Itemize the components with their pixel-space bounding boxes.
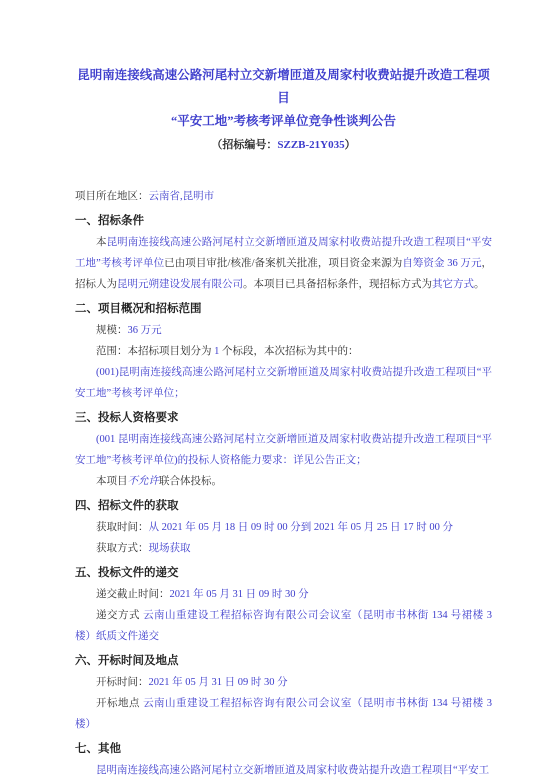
deadline-label: 递交截止时间：: [96, 589, 170, 600]
scale-value: 36 万元: [128, 325, 162, 336]
section-1-heading: 一、招标条件: [75, 210, 492, 232]
deadline-value: 2021 年 05 月 31 日 09 时 30 分: [170, 589, 309, 600]
s1-text: 。本项目已具备招标条件，现招标方式为: [243, 279, 432, 290]
opening-time-value: 2021 年 05 月 31 日 09 时 30 分: [149, 677, 288, 688]
project-location-line: 项目所在地区：云南省,昆明市: [75, 186, 492, 207]
section-4-heading: 四、招标文件的获取: [75, 495, 492, 517]
project-scale-line: 规模：36 万元: [75, 320, 492, 341]
tender-reference-number: （招标编号：SZZB-21Y035）: [75, 135, 492, 156]
opening-time-label: 开标时间：: [96, 677, 149, 688]
submission-method-label: 递交方式: [96, 610, 143, 621]
s1-tender-method: 其它方式: [432, 279, 474, 290]
section-2-heading: 二、项目概况和招标范围: [75, 298, 492, 320]
scope-text: 个标段，本次招标为其中的：: [219, 346, 358, 357]
submission-deadline-line: 递交截止时间：2021 年 05 月 31 日 09 时 30 分: [75, 584, 492, 605]
tender-announcement-document: 昆明南连接线高速公路河尾村立交新增匝道及周家村收费站提升改造工程项目 “平安工地…: [0, 0, 554, 783]
document-obtain-time-line: 获取时间：从 2021 年 05 月 18 日 09 时 00 分到 2021 …: [75, 517, 492, 538]
ref-close-paren: ）: [345, 139, 356, 151]
obtain-method-label: 获取方式：: [96, 543, 149, 554]
location-label: 项目所在地区：: [75, 191, 149, 202]
jv-not-allowed: 不允许: [128, 476, 160, 487]
s1-text: 。: [474, 279, 485, 290]
section-7-paragraph: 昆明南连接线高速公路河尾村立交新增匝道及周家村收费站提升改造工程项目“平安工: [75, 760, 492, 781]
document-obtain-method-line: 获取方式：现场获取: [75, 538, 492, 559]
bidder-qualification-paragraph: (001 昆明南连接线高速公路河尾村立交新增匝道及周家村收费站提升改造工程项目“…: [75, 429, 492, 471]
bid-opening-place-line: 开标地点 云南山重建设工程招标咨询有限公司会议室（昆明市书林街 134 号裙楼 …: [75, 693, 492, 735]
lot-001-description: (001)昆明南连接线高速公路河尾村立交新增匝道及周家村收费站提升改造工程项目“…: [75, 362, 492, 404]
s1-text: 已由项目审批/核准/备案机关批准，项目资金来源为: [164, 258, 402, 269]
obtain-time-value: 从 2021 年 05 月 18 日 09 时 00 分到 2021 年 05 …: [149, 522, 454, 533]
section-5-heading: 五、投标文件的递交: [75, 562, 492, 584]
section-7-heading: 七、其他: [75, 738, 492, 760]
location-value: 云南省,昆明市: [149, 191, 215, 202]
document-title-line-2: “平安工地”考核考评单位竞争性谈判公告: [75, 110, 492, 133]
obtain-time-label: 获取时间：: [96, 522, 149, 533]
scale-label: 规模：: [96, 325, 128, 336]
section-3-heading: 三、投标人资格要求: [75, 407, 492, 429]
ref-code: SZZB-21Y035: [277, 139, 344, 151]
jv-text: 联合体投标。: [159, 476, 222, 487]
section-1-paragraph: 本昆明南连接线高速公路河尾村立交新增匝道及周家村收费站提升改造工程项目“平安工地…: [75, 232, 492, 295]
bid-opening-time-line: 开标时间：2021 年 05 月 31 日 09 时 30 分: [75, 672, 492, 693]
project-scope-line: 范围：本招标项目划分为 1 个标段，本次招标为其中的：: [75, 341, 492, 362]
submission-method-line: 递交方式 云南山重建设工程招标咨询有限公司会议室（昆明市书林街 134 号裙楼 …: [75, 605, 492, 647]
jv-text: 本项目: [96, 476, 128, 487]
opening-place-label: 开标地点: [96, 698, 143, 709]
scope-text: 范围：本招标项目划分为: [96, 346, 214, 357]
section-6-heading: 六、开标时间及地点: [75, 650, 492, 672]
joint-venture-line: 本项目不允许联合体投标。: [75, 471, 492, 492]
obtain-method-value: 现场获取: [149, 543, 191, 554]
document-title-line-1: 昆明南连接线高速公路河尾村立交新增匝道及周家村收费站提升改造工程项目: [75, 64, 492, 110]
s1-tenderer-name: 昆明元朔建设发展有限公司: [117, 279, 243, 290]
ref-open-paren: （招标编号：: [211, 139, 277, 151]
s1-funding-source: 自筹资金 36 万元: [402, 258, 481, 269]
s1-text: 本: [96, 237, 107, 248]
